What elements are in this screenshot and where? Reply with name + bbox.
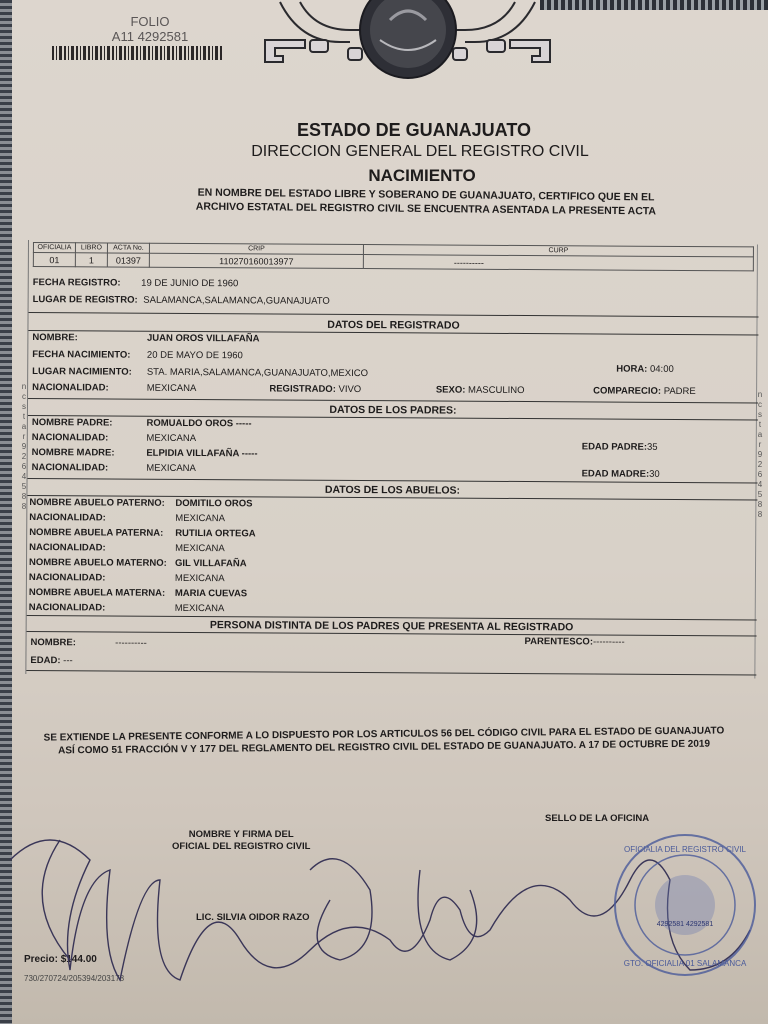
- fecha-registro-row: FECHA REGISTRO: 19 DE JUNIO DE 1960: [33, 277, 239, 289]
- padre-nacionalidad-row: NACIONALIDAD: MEXICANA: [32, 432, 196, 444]
- abuelo-row: NOMBRE ABUELA PATERNA:RUTILIA ORTEGA: [29, 527, 255, 539]
- abuelo-row: NACIONALIDAD:MEXICANA: [29, 512, 225, 524]
- curp-value: ----------: [363, 255, 753, 271]
- persona-nombre-row: NOMBRE: ----------: [31, 637, 147, 649]
- registrado-fecha-row: FECHA NACIMIENTO: 20 DE MAYO DE 1960: [32, 349, 243, 361]
- padre-nombre-row: NOMBRE PADRE: ROMUALDO OROS -----: [32, 417, 252, 429]
- persona-edad-row: EDAD: ---: [30, 655, 72, 666]
- serial-number: 730/270724/205394/203178: [24, 974, 124, 983]
- office-seal-icon: OFICIALIA DEL REGISTRO CIVIL GTO. OFICIA…: [610, 830, 760, 980]
- madre-nombre-row: NOMBRE MADRE: ELPIDIA VILLAFAÑA -----: [32, 447, 258, 459]
- svg-text:GTO. OFICIALIA 01 SALAMANCA: GTO. OFICIALIA 01 SALAMANCA: [624, 959, 747, 968]
- abuelo-row: NOMBRE ABUELA MATERNA:MARIA CUEVAS: [29, 587, 247, 599]
- office-title: DIRECCION GENERAL DEL REGISTRO CIVIL: [36, 143, 768, 161]
- abuelo-row: NOMBRE ABUELO MATERNO:GIL VILLAFAÑA: [29, 557, 247, 569]
- abuelo-row: NACIONALIDAD:MEXICANA: [29, 542, 225, 554]
- birth-record-form: OFICIALIA LIBRO ACTA No. CRIP CURP 01 1 …: [25, 240, 758, 678]
- registrado-nombre-row: NOMBRE: JUAN OROS VILLAFAÑA: [32, 332, 259, 344]
- libro-value: 1: [75, 253, 107, 267]
- abuelo-row: NACIONALIDAD:MEXICANA: [29, 572, 225, 584]
- acta-value: 01397: [107, 253, 149, 267]
- svg-text:4292581 4292581: 4292581 4292581: [657, 921, 714, 928]
- firma-label: NOMBRE Y FIRMA DEL OFICIAL DEL REGISTRO …: [172, 829, 310, 853]
- edad-madre: EDAD MADRE:30: [582, 468, 660, 479]
- libro-header: LIBRO: [75, 243, 107, 253]
- precio: Precio: $144.00: [24, 954, 97, 965]
- official-name: LIC. SILVIA OIDOR RAZO: [196, 912, 309, 923]
- mexican-coat-of-arms-icon: [260, 0, 555, 82]
- oficialia-value: 01: [33, 253, 75, 267]
- abuelo-row: NACIONALIDAD:MEXICANA: [29, 602, 225, 614]
- security-border-left: [0, 0, 12, 1024]
- registrado-lugar-row: LUGAR NACIMIENTO: STA. MARIA,SALAMANCA,G…: [32, 366, 368, 379]
- security-border-top: [540, 0, 768, 10]
- edad-padre: EDAD PADRE:35: [582, 441, 658, 452]
- registrado-nacionalidad-row: NACIONALIDAD: MEXICANA REGISTRADO: VIVO …: [32, 382, 752, 397]
- folio-number: A11 4292581: [100, 29, 200, 44]
- svg-text:OFICIALIA DEL REGISTRO CIVIL: OFICIALIA DEL REGISTRO CIVIL: [624, 845, 747, 854]
- barcode-icon: [52, 46, 222, 60]
- act-type-title: NACIMIENTO: [38, 166, 768, 186]
- persona-parentesco: PARENTESCO:----------: [525, 636, 625, 648]
- madre-nacionalidad-row: NACIONALIDAD: MEXICANA: [32, 462, 196, 474]
- state-title: ESTADO DE GUANAJUATO: [30, 120, 768, 141]
- sello-label: SELLO DE LA OFICINA: [545, 813, 649, 824]
- acta-header: ACTA No.: [107, 243, 149, 253]
- folio-block: FOLIO A11 4292581: [100, 14, 200, 44]
- folio-label: FOLIO: [100, 14, 200, 29]
- crip-value: 110270160013977: [149, 253, 363, 268]
- lugar-registro-row: LUGAR DE REGISTRO: SALAMANCA,SALAMANCA,G…: [33, 294, 330, 307]
- registry-header-table: OFICIALIA LIBRO ACTA No. CRIP CURP 01 1 …: [33, 242, 754, 271]
- oficialia-header: OFICIALIA: [33, 243, 75, 253]
- registrado-hora: HORA: 04:00: [616, 364, 674, 375]
- abuelo-row: NOMBRE ABUELO PATERNO:DOMITILO OROS: [29, 497, 252, 509]
